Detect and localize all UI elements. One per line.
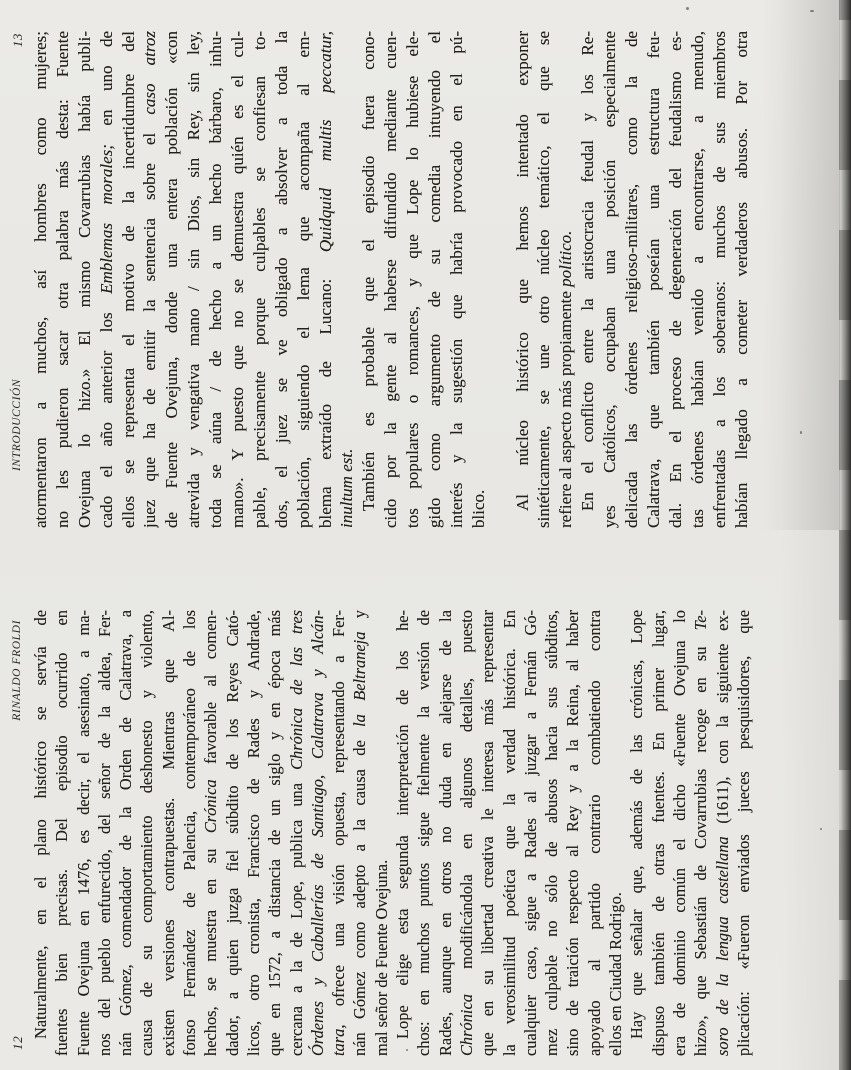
- scan-speck: [810, 10, 814, 12]
- text-line: hizo», que Sebastián de Covarrubias reco…: [690, 610, 711, 1056]
- text-line: sintéticamente, se une otro núcleo temát…: [533, 31, 555, 528]
- text-line: era de dominio común el dicho «Fuente Ov…: [669, 610, 690, 1056]
- text-line: atormentaron a muchos, así hombres como …: [30, 31, 52, 528]
- text-line: [490, 31, 512, 528]
- text-line: gido como argumento de su comedia intuye…: [424, 31, 446, 528]
- text-line: Ovejuna lo hizo.» El mismo Covarrubias h…: [74, 31, 96, 528]
- text-line: yes Católicos, ocupaban una posición esp…: [599, 31, 621, 528]
- running-head-author: RINALDO FROLDI: [11, 620, 23, 721]
- text-line: dador, a quien juzga fiel súbdito de los…: [222, 610, 243, 1056]
- text-line: causa de su comportamiento deshonesto y …: [136, 610, 157, 1056]
- text-line: blema extraído de Lucano: Quidquid multi…: [315, 31, 337, 528]
- text-line: soro de la lengua castellana (1611), con…: [712, 610, 733, 1056]
- running-head-title: INTRODUCCIÓN: [11, 379, 23, 471]
- text-line: apoyado al partido contrario combatiendo…: [584, 610, 605, 1056]
- scan-speck: [800, 431, 802, 434]
- text-line: ellos en Ciudad Rodrigo.: [605, 610, 626, 1056]
- text-line: interés y la sugestión que habría provoc…: [446, 31, 468, 528]
- scan-speck: [820, 828, 822, 830]
- page-bottom-shadow: [762, 0, 840, 530]
- book-spread: 12 RINALDO FROLDI Naturalmente, en el pl…: [0, 0, 851, 1070]
- text-line: sino de traición respecto al Rey y a la …: [562, 610, 583, 1056]
- text-line: Calatrava, que también poseían una estru…: [643, 31, 665, 528]
- text-line: Fuente Ovejuna en 1476, es decir, el ase…: [73, 610, 94, 1056]
- scan-speck: [406, 1049, 408, 1051]
- text-line: inultum est.: [336, 31, 358, 528]
- text-line: nán Gómez, comendador de la Orden de Cal…: [115, 610, 136, 1056]
- text-line: plicación: «Fueron enviados jueces pesqu…: [733, 610, 754, 1056]
- text-line: tas órdenes habían venido a encontrarse,…: [687, 31, 709, 528]
- text-line: Chrónica modificándola en algunos detall…: [456, 610, 477, 1056]
- text-line: nán Gómez como adepto a la causa de la B…: [349, 610, 370, 1056]
- text-line: fuentes bien precisas. Del episodio ocur…: [51, 610, 72, 1056]
- text-line: Naturalmente, en el plano histórico se s…: [30, 610, 51, 1056]
- text-line: cado el año anterior los Emblemas morale…: [96, 31, 118, 528]
- text-line: mal señor de Fuente Ovejuna.: [371, 610, 392, 1056]
- text-line: mano». Y puesto que no se demuestra quié…: [227, 31, 249, 528]
- text-line: blico.: [468, 31, 490, 528]
- page-number-12: 12: [10, 1036, 26, 1050]
- text-line: que en su libertad creativa le interesa …: [477, 610, 498, 1056]
- page-13-text-column: atormentaron a muchos, así hombres como …: [30, 31, 752, 528]
- text-line: delicada las órdenes religioso-militares…: [621, 31, 643, 528]
- text-line: la verosimilitud poética que la verdad h…: [499, 610, 520, 1056]
- text-line: existen versiones contrapuestas. Mientra…: [158, 610, 179, 1056]
- text-line: cercana a la de Lope, publica una Chróni…: [286, 610, 307, 1056]
- text-line: no les pudieron sacar otra palabra más d…: [52, 31, 74, 528]
- text-line: Rades, aunque en otros no duda en alejar…: [435, 610, 456, 1056]
- text-line: refiere al aspecto más propiamente polít…: [555, 31, 577, 528]
- text-line: juez que ha de emitir la sentencia sobre…: [139, 31, 161, 528]
- text-line: También es probable que el episodio fuer…: [358, 31, 380, 528]
- text-line: enfrentadas a los soberanos: muchos de s…: [709, 31, 731, 528]
- text-line: Hay que señalar que, además de las cróni…: [626, 610, 647, 1056]
- text-line: tara, ofrece una visión opuesta, represe…: [328, 610, 349, 1056]
- page-12: 12 RINALDO FROLDI Naturalmente, en el pl…: [8, 610, 754, 1056]
- text-line: ellos se representa el motivo de la ince…: [118, 31, 140, 528]
- text-line: En el conflicto entre la aristocracia fe…: [577, 31, 599, 528]
- text-line: dispuso también de otras fuentes. En pri…: [648, 610, 669, 1056]
- text-line: Al núcleo histórico que hemos intentado …: [512, 31, 534, 528]
- text-line: pable, precisamente porque culpables se …: [249, 31, 271, 528]
- text-line: nos del pueblo enfurecido, del señor de …: [94, 610, 115, 1056]
- page-12-running-header: 12 RINALDO FROLDI: [8, 610, 26, 1056]
- page-13: INTRODUCCIÓN 13 atormentaron a muchos, a…: [8, 31, 752, 528]
- text-line: chos: en muchos puntos sigue fielmente l…: [413, 610, 434, 1056]
- text-line: dal. En el proceso de degeneración del f…: [665, 31, 687, 528]
- text-line: fonso Fernández de Palencia, contemporán…: [179, 610, 200, 1056]
- text-line: Órdenes y Caballerías de Santiago, Calat…: [307, 610, 328, 1056]
- text-line: Lope elige esta segunda interpretación d…: [392, 610, 413, 1056]
- scanned-book-page: 12 RINALDO FROLDI Naturalmente, en el pl…: [0, 0, 851, 1070]
- text-line: población, siguiendo el lema que acompañ…: [293, 31, 315, 528]
- text-line: atrevida y vengativa mano / sin Dios, si…: [183, 31, 205, 528]
- text-line: cido por la gente al haberse difundido m…: [380, 31, 402, 528]
- text-line: de Fuente Ovejuna, donde una entera pobl…: [161, 31, 183, 528]
- scan-speck: [686, 7, 689, 10]
- page-13-running-header: INTRODUCCIÓN 13: [8, 31, 26, 528]
- page-12-text-column: Naturalmente, en el plano histórico se s…: [30, 610, 754, 1056]
- text-line: tos populares o romances, y que Lope lo …: [402, 31, 424, 528]
- page-number-13: 13: [10, 33, 26, 47]
- text-line: que en 1572, a distancia de un siglo y e…: [264, 610, 285, 1056]
- text-line: mez culpable no sólo de abusos hacia sus…: [541, 610, 562, 1056]
- text-line: habían llegado a cometer verdaderos abus…: [731, 31, 753, 528]
- scan-edge-shadow: [839, 0, 851, 1070]
- text-line: hechos, se muestra en su Crónica favorab…: [200, 610, 221, 1056]
- text-line: dos, el juez se ve obligado a absolver a…: [271, 31, 293, 528]
- text-line: licos, otro cronista, Francisco de Rades…: [243, 610, 264, 1056]
- text-line: cualquier caso, sigue a Rades al juzgar …: [520, 610, 541, 1056]
- text-line: toda se aúna / de hecho a un hecho bárba…: [205, 31, 227, 528]
